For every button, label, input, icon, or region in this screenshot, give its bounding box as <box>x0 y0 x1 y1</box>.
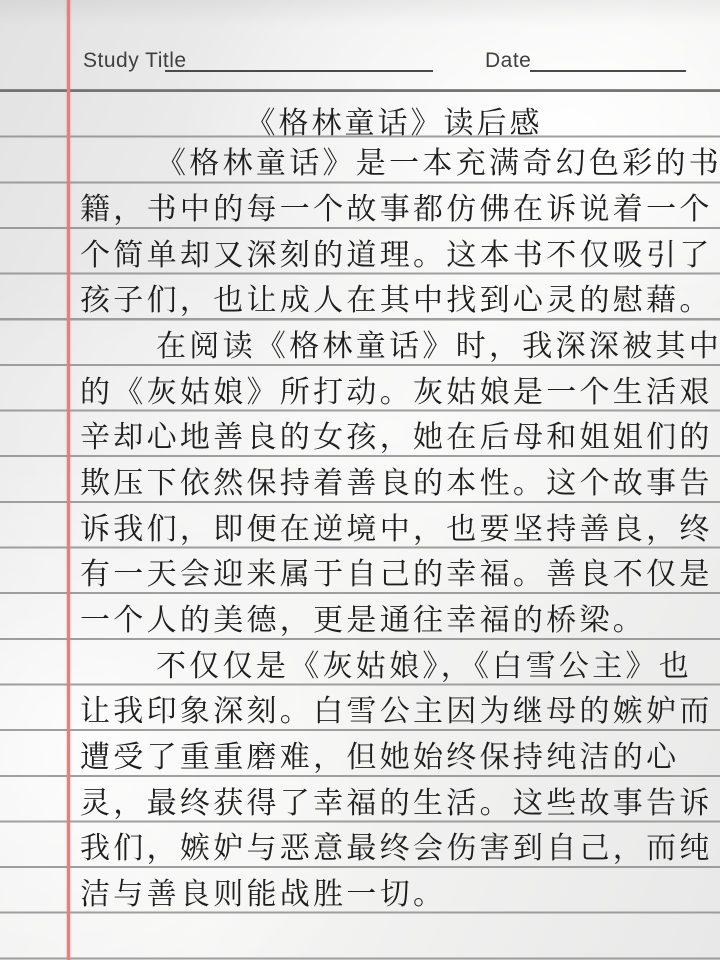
essay-line: 籍，书中的每一个故事都仿佛在诉说着一个 <box>80 190 716 230</box>
essay-line: 诉我们，即便在逆境中，也要坚持善良，终 <box>80 510 716 550</box>
essay-title: 《格林童话》读后感 <box>68 98 720 136</box>
essay-line: 遭受了重重磨难，但她始终保持纯洁的心 <box>80 738 716 778</box>
essay-line: 洁与善良则能战胜一切。 <box>80 875 716 915</box>
essay-line: 我们，嫉妒与恶意最终会伤害到自己，而纯 <box>80 829 716 869</box>
essay-line: 有一天会迎来属于自己的幸福。善良不仅是 <box>80 555 716 595</box>
essay-line: 灵，最终获得了幸福的生活。这些故事告诉 <box>80 784 716 824</box>
notebook-page: Study Title Date 《格林童话》读后感 《格林童话》是一本充满奇幻… <box>0 0 720 960</box>
header-rule-line <box>0 89 720 92</box>
study-title-fill-line <box>165 52 433 72</box>
essay-line: 的《灰姑娘》所打动。灰姑娘是一个生活艰 <box>80 373 716 413</box>
essay-line: 一个人的美德，更是通往幸福的桥梁。 <box>80 601 716 641</box>
essay-line: 个简单却又深刻的道理。这本书不仅吸引了 <box>80 236 716 276</box>
red-margin-line <box>67 0 70 960</box>
essay-line: 孩子们，也让成人在其中找到心灵的慰藉。 <box>80 281 716 321</box>
essay-line: 不仅仅是《灰姑娘》，《白雪公主》也 <box>80 647 716 687</box>
date-fill-line <box>530 52 686 72</box>
date-label: Date <box>485 49 531 73</box>
essay-line: 欺压下依然保持着善良的本性。这个故事告 <box>80 464 716 504</box>
essay-line: 在阅读《格林童话》时，我深深被其中 <box>80 327 716 367</box>
essay-line: 《格林童话》是一本充满奇幻色彩的书 <box>80 144 716 184</box>
essay-line: 让我印象深刻。白雪公主因为继母的嫉妒而 <box>80 692 716 732</box>
essay-line: 辛却心地善良的女孩，她在后母和姐姐们的 <box>80 418 716 458</box>
